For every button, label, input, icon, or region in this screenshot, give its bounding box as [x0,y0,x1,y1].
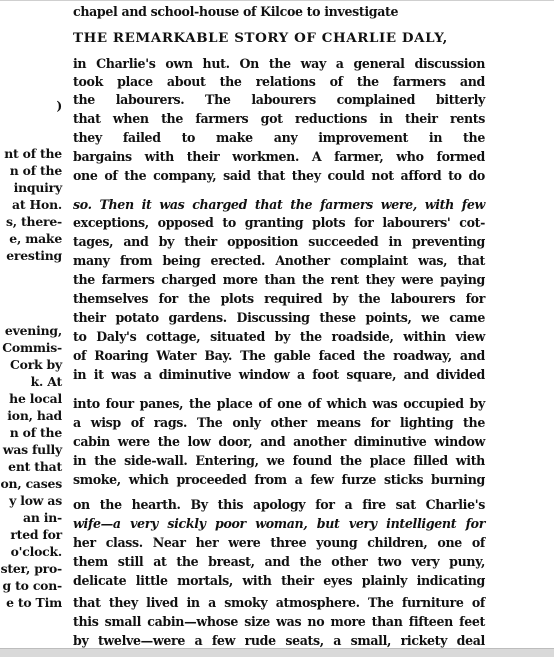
left-column-line: o'clock. [11,544,62,560]
left-column-line: nt of the [4,146,62,162]
left-column-line: inquiry [14,180,62,196]
article-text-line: in Charlie's own hut. On the way a gener… [73,56,485,72]
left-column-line: ster, pro- [1,561,62,577]
article-text-line: tages, and by their opposition succeeded… [73,234,485,250]
left-column-line: eresting [6,248,62,264]
article-text-line: to Daly's cottage, situated by the roads… [73,329,485,345]
left-column-line: Cork by [10,357,62,373]
article-text-line: in it was a diminutive window a foot squ… [73,367,485,383]
article-text-line: took place about the relations of the fa… [73,74,485,90]
article-text-line: in the side-wall. Entering, we found the… [73,453,485,469]
article-text-line: this small cabin—whose size was no more … [73,614,485,630]
left-column-line: he local [9,391,62,407]
article-text-line: bargains with their workmen. A farmer, w… [73,149,485,165]
left-column-line: n of the [10,425,62,441]
article-text-line: smoke, which proceeded from a few furze … [73,472,485,488]
article-text-line: of Roaring Water Bay. The gable faced th… [73,348,485,364]
left-column-line: k. At [31,374,62,390]
article-text-line: by twelve—were a few rude seats, a small… [73,633,485,648]
horizontal-scrollbar[interactable] [0,648,554,657]
left-column-line: evening, [5,323,62,339]
left-column-line: ent that [8,459,62,475]
left-column-line: g to con- [3,578,62,594]
left-column-line: rted for [10,527,62,543]
article-text-line: that when the farmers got reductions in … [73,111,485,127]
article-text-line: cabin were the low door, and another dim… [73,434,485,450]
article-text-line: her class. Near her were three young chi… [73,535,485,551]
article-text-line: the farmers charged more than the rent t… [73,272,485,288]
left-column-line: an in- [23,510,62,526]
left-column-line: Commis- [2,340,62,356]
left-column-line: y low as [9,493,62,509]
article-text-line: chapel and school-house of Kilcoe to inv… [73,4,485,20]
article-text-line: themselves for the plots required by the… [73,291,485,307]
article-text-line: a wisp of rags. The only other means for… [73,415,485,431]
article-subheading: THE REMARKABLE STORY OF CHARLIE DALY, [73,30,485,46]
left-column-line: on, cases [0,476,62,492]
left-column-line: at Hon. [12,197,62,213]
article-text-line: into four panes, the place of one of whi… [73,396,485,412]
article-text-line: many from being erected. Another complai… [73,253,485,269]
article-text-line: wife—a very sickly poor woman, but very … [73,516,485,532]
article-text-line: delicate little mortals, with their eyes… [73,573,485,589]
left-column-line: s, there- [6,214,62,230]
article-text-line: one of the company, said that they could… [73,168,485,184]
left-column-line: n of the [10,163,62,179]
article-text-line: that they lived in a smoky atmosphere. T… [73,595,485,611]
left-column-line: ion, had [7,408,62,424]
article-text-line: so. Then it was charged that the farmers… [73,197,485,213]
left-column-line: e, make [9,231,62,247]
article-text-line: their potato gardens. Discussing these p… [73,310,485,326]
article-text-line: they failed to make any improvement in t… [73,130,485,146]
article-text-line: exceptions, opposed to granting plots fo… [73,215,485,231]
article-text-line: on the hearth. By this apology for a fir… [73,497,485,513]
left-column-line: was fully [3,442,62,458]
article-text-line: them still at the breast, and the other … [73,554,485,570]
left-column-line: e to Tim [6,595,62,611]
newspaper-page: )nt of then of theinquiryat Hon.s, there… [0,0,554,648]
left-column-line: ) [56,98,62,114]
article-text-line: the labourers. The labourers complained … [73,92,485,108]
